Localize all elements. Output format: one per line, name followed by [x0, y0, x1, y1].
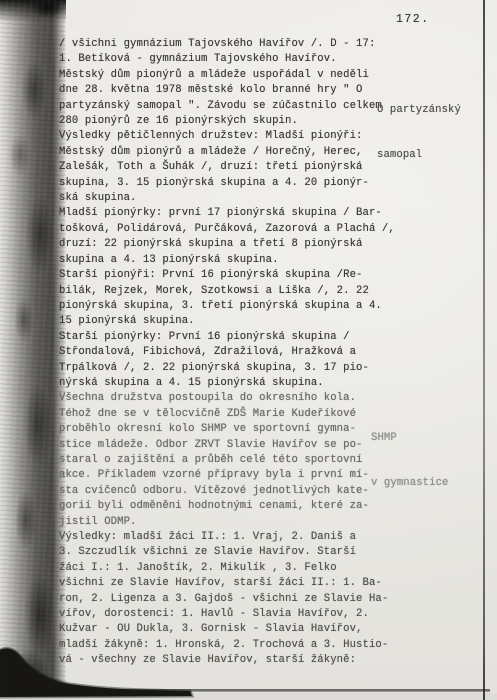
text-line: sta cvičenců odboru. Vítězové jednotlivý… — [59, 484, 409, 499]
text-line: 280 pionýrů ze 16 pionýrských skupin. — [59, 114, 409, 129]
text-line: proběhlo okresní kolo SHMP ve sportovní … — [59, 422, 409, 437]
text-line: 15 pionýrská skupina. — [59, 314, 409, 329]
text-line: Všechna družstva postoupila do okresního… — [59, 391, 409, 406]
text-line: Městský dům pionýrů a mládeže uspořádal … — [59, 68, 409, 83]
text-line: nýrská skupina a 4. 15 pionýrská skupina… — [59, 376, 409, 391]
text-line: Městský dům pionýrů a mládeže / Horečný,… — [59, 145, 409, 160]
text-line: Téhož dne se v tělocvičně ZDŠ Marie Kude… — [59, 407, 409, 422]
text-line: vá - všechny ze Slavie Havířov, starší ž… — [59, 653, 409, 668]
text-line: Výsledky: mladší žáci II.: 1. Vraj, 2. D… — [59, 530, 409, 545]
margin-note-shmp: SHMP v gymnastice — [371, 401, 449, 521]
margin-note-line: SHMP — [371, 431, 449, 446]
text-line: staral o zajištění a průběh celé této sp… — [59, 453, 409, 468]
page-edge-line — [483, 0, 485, 700]
text-line: druzí: 22 pionýrská skupina a třetí 8 pi… — [59, 237, 409, 252]
text-line: akce. Příkladem vzorné přípravy byla i p… — [59, 468, 409, 483]
page-number: 172. — [396, 13, 430, 26]
scanned-document-page: 172. / všichni gymnázium Tajovského Haví… — [0, 0, 497, 700]
text-line: Trpálková /, 2. 22 pionýrská skupina, 3.… — [59, 361, 409, 376]
text-line: skupina, 3. 15 pionýrská skupina a 4. 20… — [59, 176, 409, 191]
text-line: gorií byli odměněni hodnotnými cenami, k… — [59, 499, 409, 514]
text-line: vířov, dorostenci: 1. Havlů - Slavia Hav… — [59, 607, 409, 622]
text-line: Mladší pionýrky: první 17 pionýrská skup… — [59, 206, 409, 221]
binding-shadow — [0, 0, 66, 700]
text-line: ská skupina. — [59, 191, 409, 206]
text-line: ron, 2. Ligenza a 3. Gajdoš - všichni ze… — [59, 592, 409, 607]
margin-note-line: samopal — [377, 148, 461, 163]
text-line: mladší žákyně: 1. Hronská, 2. Trochová a… — [59, 638, 409, 653]
text-line: Zalešák, Toth a Šuhák /, druzí: třetí pi… — [59, 160, 409, 175]
margin-note-line: O partyzánský — [377, 103, 461, 118]
bottom-edge-strip — [0, 693, 497, 700]
text-line: 3. Szczudlík všichni ze Slavie Havířov. … — [59, 545, 409, 560]
bottom-rule-line — [62, 689, 490, 692]
margin-note-line: v gymnastice — [371, 476, 449, 491]
text-line: žáci I.: 1. Janoštík, 2. Mikulík , 3. Fe… — [59, 561, 409, 576]
text-line: pionýrská skupina, 3. třetí pionýrská sk… — [59, 299, 409, 314]
text-line: dne 28. května 1978 městské kolo branné … — [59, 83, 409, 98]
text-line: jistil ODMP. — [59, 515, 409, 530]
text-line: 1. Betíková - gymnázium Tajovského Havíř… — [59, 52, 409, 67]
text-line: Střondalová, Fibichová, Zdražilová, Hraž… — [59, 345, 409, 360]
text-line: Výsledky pětičlenných družstev: Mladší p… — [59, 129, 409, 144]
text-line: Starší pionýrky: První 16 pionýrská skup… — [59, 330, 409, 345]
text-line: Kužvar - OU Dukla, 3. Gornisk - Slavia H… — [59, 622, 409, 637]
text-line: skupina a 4. 13 pionýrská skupina. — [59, 253, 409, 268]
text-line: všichni ze Slavie Havířov, starší žáci I… — [59, 576, 409, 591]
text-line: partyzánský samopal ". Závodu se zúčastn… — [59, 99, 409, 114]
margin-note-partisan: O partyzánský samopal — [377, 73, 461, 193]
text-line: Starší pionýři: První 16 pionýrská skupi… — [59, 268, 409, 283]
document-body: / všichni gymnázium Tajovského Havířov /… — [59, 37, 409, 669]
text-line: / všichni gymnázium Tajovského Havířov /… — [59, 37, 409, 52]
text-line: stice mládeže. Odbor ZRVT Slavie Havířov… — [59, 438, 409, 453]
text-line: tošková, Polidárová, Purčáková, Zazorová… — [59, 222, 409, 237]
text-line: bilák, Rejzek, Morek, Szotkowsi a Liška … — [59, 284, 409, 299]
